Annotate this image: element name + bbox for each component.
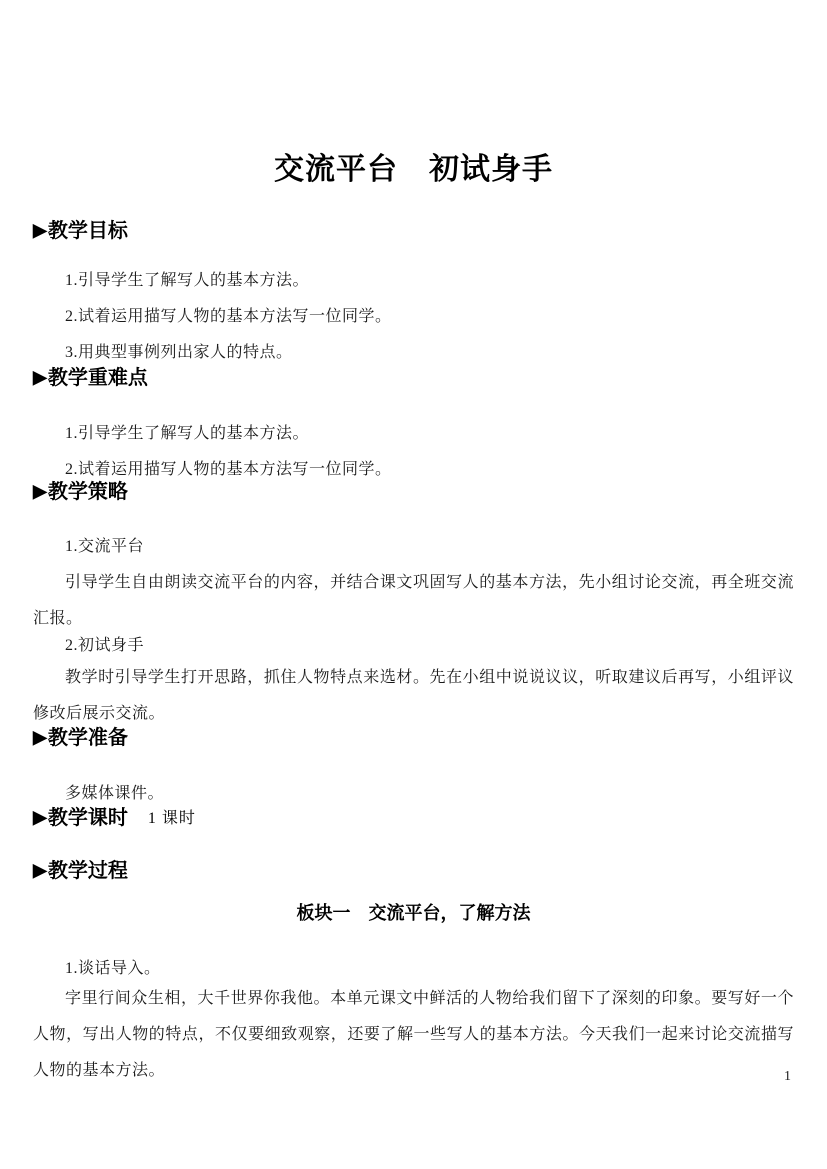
section-heading-label: 教学过程 <box>48 860 128 882</box>
strategy-paragraph: 引导学生自由朗读交流平台的内容，并结合课文巩固写人的基本方法，先小组讨论交流，再… <box>33 565 794 637</box>
lesson-block-one-heading: 板块一 交流平台，了解方法 <box>33 899 794 927</box>
section-teaching-objectives-heading: ▶教学目标 <box>33 215 794 246</box>
triangle-marker-icon: ▶ <box>33 220 47 240</box>
section-heading-label: 教学目标 <box>48 220 128 242</box>
section-heading-label: 教学课时 <box>48 807 128 829</box>
triangle-marker-icon: ▶ <box>33 807 47 827</box>
objective-item: 1.引导学生了解写人的基本方法。 <box>33 263 794 299</box>
section-heading-label: 教学准备 <box>48 727 128 749</box>
section-teaching-strategy-heading: ▶教学策略 <box>33 476 794 507</box>
section-teaching-process-heading: ▶教学过程 <box>33 855 794 886</box>
page-number: 1 <box>784 1068 791 1086</box>
triangle-marker-icon: ▶ <box>33 727 47 747</box>
key-point-item: 1.引导学生了解写人的基本方法。 <box>33 416 794 452</box>
strategy-subtitle: 2.初试身手 <box>33 628 794 664</box>
strategy-subtitle: 1.交流平台 <box>33 529 794 565</box>
class-hours-value: 1 课时 <box>148 810 196 827</box>
section-heading-label: 教学重难点 <box>48 367 148 389</box>
document-title: 交流平台 初试身手 <box>0 150 827 190</box>
triangle-marker-icon: ▶ <box>33 860 47 880</box>
triangle-marker-icon: ▶ <box>33 367 47 387</box>
document-page: 交流平台 初试身手 ▶教学目标 1.引导学生了解写人的基本方法。 2.试着运用描… <box>0 0 827 1169</box>
section-class-hours-heading: ▶教学课时1 课时 <box>33 802 794 834</box>
section-key-difficulties-heading: ▶教学重难点 <box>33 362 794 393</box>
triangle-marker-icon: ▶ <box>33 481 47 501</box>
objective-item: 2.试着运用描写人物的基本方法写一位同学。 <box>33 299 794 335</box>
section-teaching-preparation-heading: ▶教学准备 <box>33 722 794 753</box>
section-heading-label: 教学策略 <box>48 481 128 503</box>
lesson-intro-paragraph: 字里行间众生相，大千世界你我他。本单元课文中鲜活的人物给我们留下了深刻的印象。要… <box>33 981 794 1089</box>
